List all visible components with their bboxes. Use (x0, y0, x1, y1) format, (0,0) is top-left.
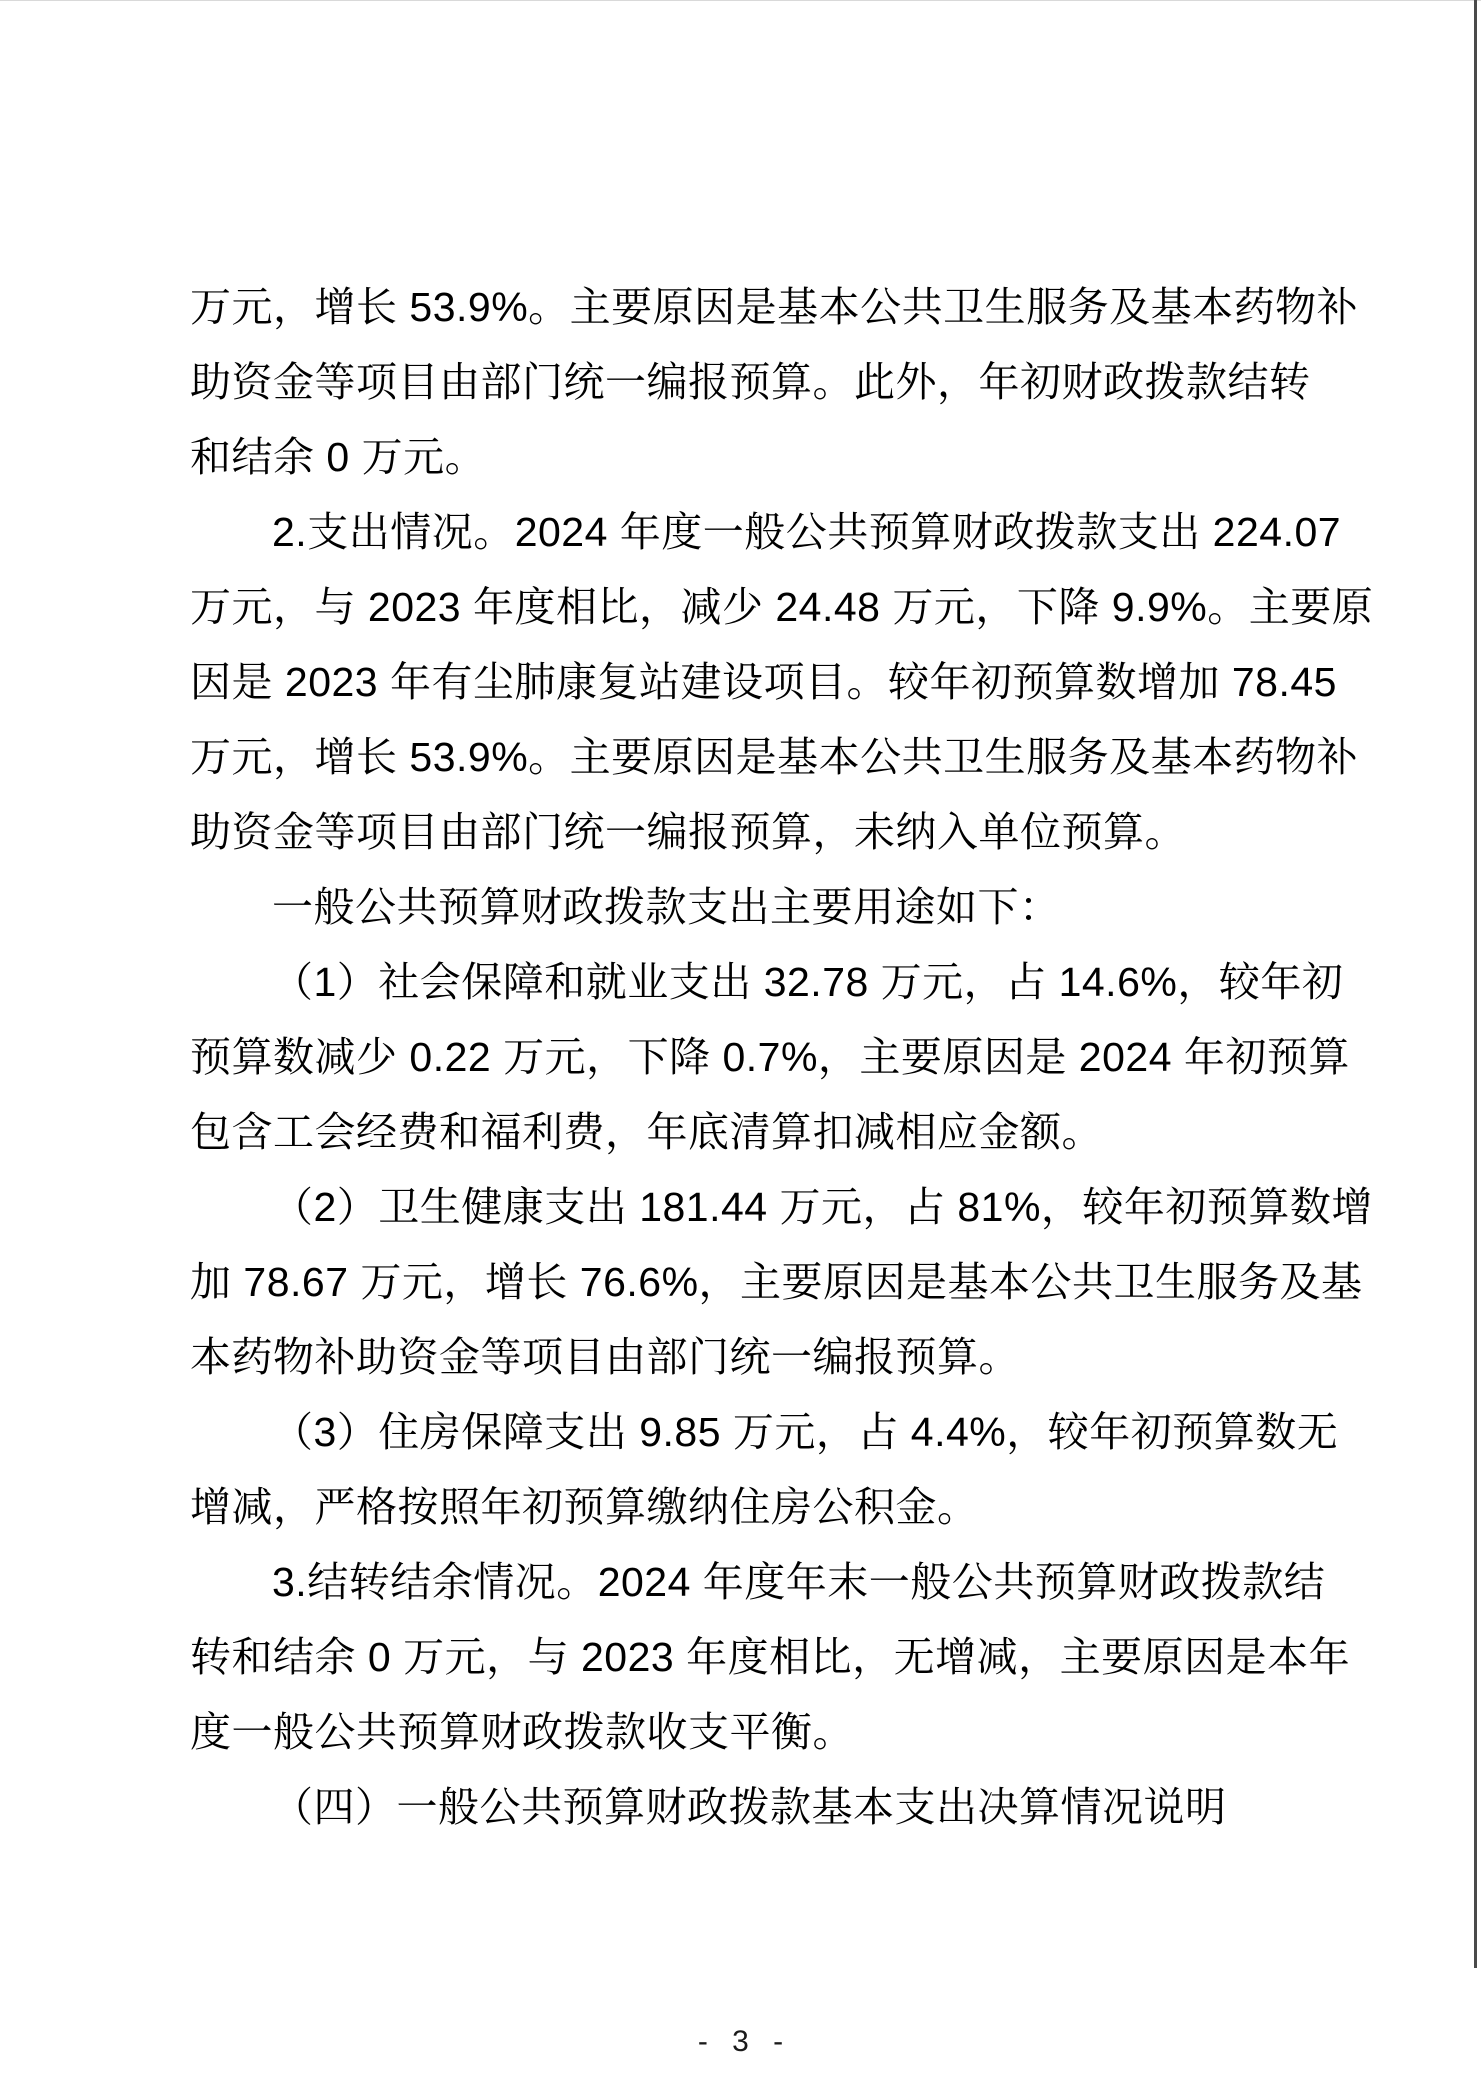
text-line: 3.结转结余情况。2024 年度年末一般公共预算财政拨款结 (190, 1545, 1290, 1620)
text-line: 增减，严格按照年初预算缴纳住房公积金。 (190, 1470, 1290, 1545)
paragraph: （四）一般公共预算财政拨款基本支出决算情况说明 (190, 1770, 1290, 1845)
text-line: 度一般公共预算财政拨款收支平衡。 (190, 1695, 1290, 1770)
paragraph: 3.结转结余情况。2024 年度年末一般公共预算财政拨款结 转和结余 0 万元，… (190, 1545, 1290, 1770)
text-line: 万元，与 2023 年度相比，减少 24.48 万元，下降 9.9%。主要原 (190, 570, 1290, 645)
document-body: 万元，增长 53.9%。主要原因是基本公共卫生服务及基本药物补 助资金等项目由部… (190, 270, 1290, 1845)
paragraph: （1）社会保障和就业支出 32.78 万元，占 14.6%，较年初 预算数减少 … (190, 945, 1290, 1170)
text-line: （3）住房保障支出 9.85 万元，占 4.4%，较年初预算数无 (190, 1395, 1290, 1470)
document-page: 万元，增长 53.9%。主要原因是基本公共卫生服务及基本药物补 助资金等项目由部… (0, 0, 1481, 2097)
text-line: 本药物补助资金等项目由部门统一编报预算。 (190, 1320, 1290, 1395)
text-line: 预算数减少 0.22 万元，下降 0.7%，主要原因是 2024 年初预算 (190, 1020, 1290, 1095)
text-line: 包含工会经费和福利费，年底清算扣减相应金额。 (190, 1095, 1290, 1170)
paragraph: 万元，增长 53.9%。主要原因是基本公共卫生服务及基本药物补 助资金等项目由部… (190, 270, 1290, 495)
text-line: （四）一般公共预算财政拨款基本支出决算情况说明 (190, 1770, 1290, 1845)
text-line: （1）社会保障和就业支出 32.78 万元，占 14.6%，较年初 (190, 945, 1290, 1020)
paragraph: （2）卫生健康支出 181.44 万元，占 81%，较年初预算数增 加 78.6… (190, 1170, 1290, 1395)
text-line: 2.支出情况。2024 年度一般公共预算财政拨款支出 224.07 (190, 495, 1290, 570)
text-line: 万元，增长 53.9%。主要原因是基本公共卫生服务及基本药物补 (190, 270, 1290, 345)
text-line: 加 78.67 万元，增长 76.6%，主要原因是基本公共卫生服务及基 (190, 1245, 1290, 1320)
paragraph: （3）住房保障支出 9.85 万元，占 4.4%，较年初预算数无 增减，严格按照… (190, 1395, 1290, 1545)
text-line: 万元，增长 53.9%。主要原因是基本公共卫生服务及基本药物补 (190, 720, 1290, 795)
paragraph: 2.支出情况。2024 年度一般公共预算财政拨款支出 224.07 万元，与 2… (190, 495, 1290, 870)
text-line: 助资金等项目由部门统一编报预算，未纳入单位预算。 (190, 795, 1290, 870)
text-line: 和结余 0 万元。 (190, 420, 1290, 495)
page-edge-top-line (0, 0, 1481, 1)
page-number: - 3 - (0, 2022, 1481, 2062)
text-line: 转和结余 0 万元，与 2023 年度相比，无增减，主要原因是本年 (190, 1620, 1290, 1695)
page-edge-right-line (1474, 0, 1477, 1968)
text-line: 一般公共预算财政拨款支出主要用途如下： (190, 870, 1290, 945)
paragraph: 一般公共预算财政拨款支出主要用途如下： (190, 870, 1290, 945)
text-line: 因是 2023 年有尘肺康复站建设项目。较年初预算数增加 78.45 (190, 645, 1290, 720)
text-line: （2）卫生健康支出 181.44 万元，占 81%，较年初预算数增 (190, 1170, 1290, 1245)
text-line: 助资金等项目由部门统一编报预算。此外，年初财政拨款结转 (190, 345, 1290, 420)
